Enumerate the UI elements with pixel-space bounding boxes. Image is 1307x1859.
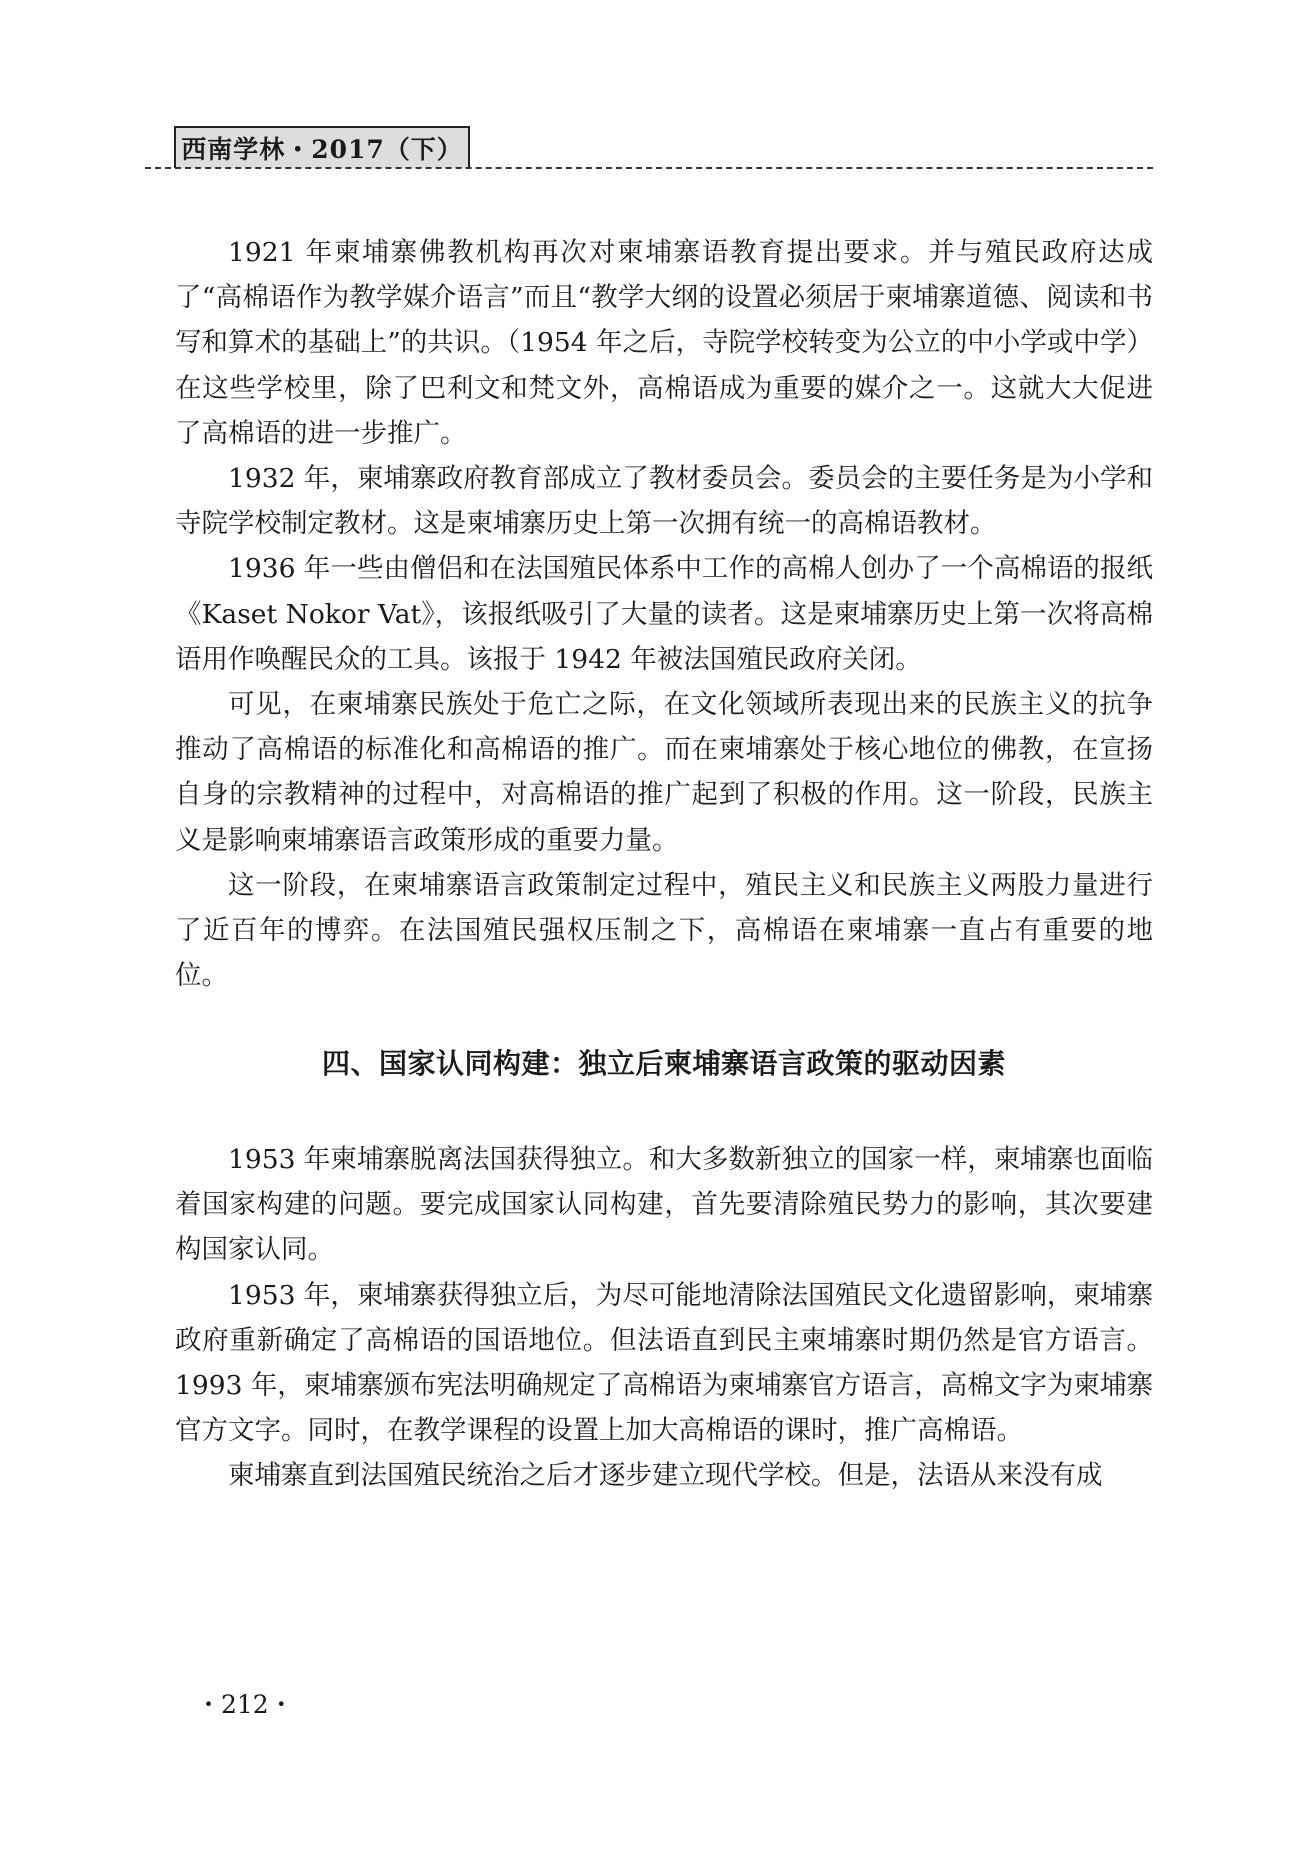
paragraph: 1921 年柬埔寨佛教机构再次对柬埔寨语教育提出要求。并与殖民政府达成了“高棉语… [175,230,1153,456]
header-dashed-rule [145,167,1153,169]
section-body-national-identity: 1953 年柬埔寨脱离法国获得独立。和大多数新独立的国家一样，柬埔寨也面临着国家… [175,1137,1153,1499]
journal-title: 西南学林・2017（下） [181,130,463,166]
paragraph: 1953 年柬埔寨脱离法国获得独立。和大多数新独立的国家一样，柬埔寨也面临着国家… [175,1137,1153,1273]
page-number: ・212・ [196,1688,294,1722]
running-head-journal-title: 西南学林・2017（下） [174,126,470,168]
section-body-colonial-period: 1921 年柬埔寨佛教机构再次对柬埔寨语教育提出要求。并与殖民政府达成了“高棉语… [175,230,1153,998]
paragraph: 1932 年，柬埔寨政府教育部成立了教材委员会。委员会的主要任务是为小学和寺院学… [175,456,1153,546]
section-heading: 四、国家认同构建：独立后柬埔寨语言政策的驱动因素 [175,1042,1153,1086]
paragraph: 1936 年一些由僧侣和在法国殖民体系中工作的高棉人创办了一个高棉语的报纸《Ka… [175,546,1153,682]
paragraph: 1953 年，柬埔寨获得独立后，为尽可能地清除法国殖民文化遗留影响，柬埔寨政府重… [175,1273,1153,1454]
paragraph: 可见，在柬埔寨民族处于危亡之际，在文化领域所表现出来的民族主义的抗争推动了高棉语… [175,682,1153,863]
paragraph: 这一阶段，在柬埔寨语言政策制定过程中，殖民主义和民族主义两股力量进行了近百年的博… [175,863,1153,999]
paragraph: 柬埔寨直到法国殖民统治之后才逐步建立现代学校。但是，法语从来没有成 [175,1453,1153,1498]
